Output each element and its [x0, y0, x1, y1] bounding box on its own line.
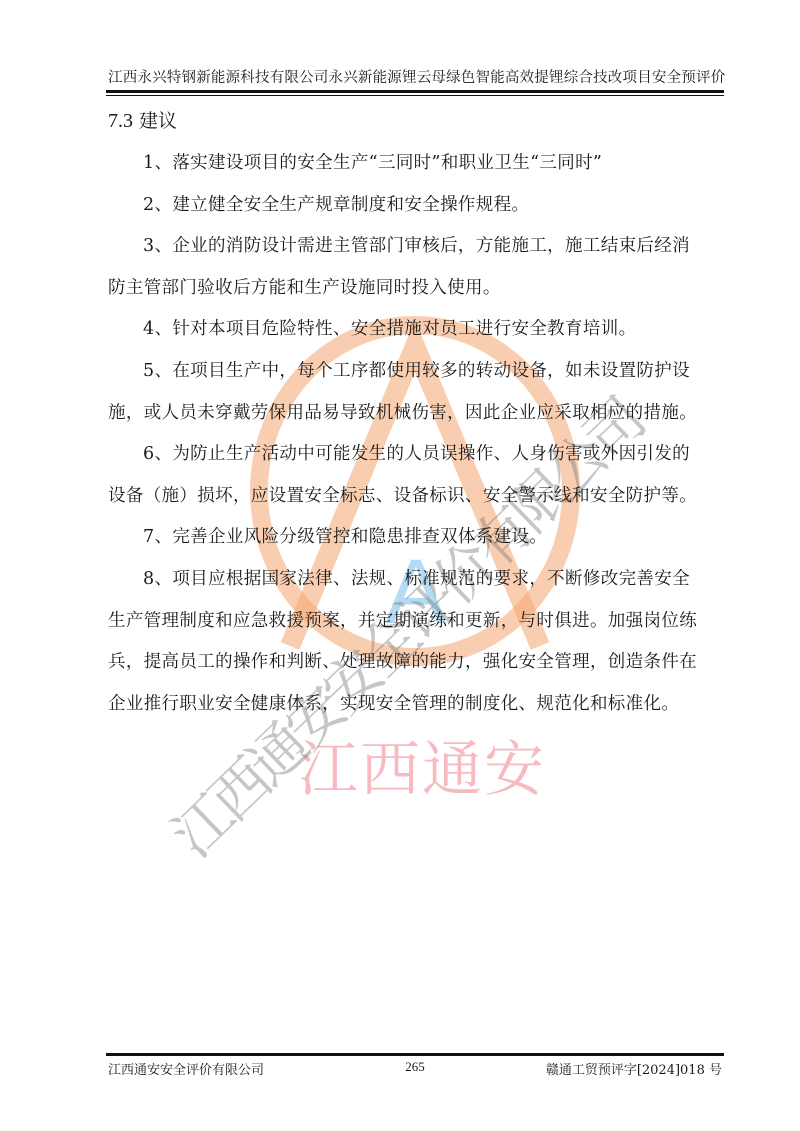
header-rule: [106, 90, 724, 96]
paragraph-line: 防主管部门验收后方能和生产设施同时投入使用。: [108, 268, 728, 310]
paragraph-line: 6、为防止生产活动中可能发生的人员误操作、人身伤害或外因引发的: [108, 434, 728, 476]
paragraph-line: 兵，提高员工的操作和判断、处理故障的能力，强化安全管理，创造条件在: [108, 642, 728, 684]
recommendation-1: 1、落实建设项目的安全生产“三同时”和职业卫生“三同时”: [108, 143, 728, 185]
paragraph-line: 施，或人员未穿戴劳保用品易导致机械伤害，因此企业应采取相应的措施。: [108, 393, 728, 435]
paragraph-line: 生产管理制度和应急救援预案，并定期演练和更新，与时俱进。加强岗位练: [108, 601, 728, 643]
footer-company: 江西通安安全评价有限公司: [108, 1059, 308, 1078]
paragraph-line: 企业推行职业安全健康体系，实现安全管理的制度化、规范化和标准化。: [108, 684, 728, 726]
recommendation-6: 6、为防止生产活动中可能发生的人员误操作、人身伤害或外因引发的 设备（施）损坏，…: [108, 434, 728, 517]
paragraph-line: 2、建立健全安全生产规章制度和安全操作规程。: [108, 185, 728, 227]
recommendation-2: 2、建立健全安全生产规章制度和安全操作规程。: [108, 185, 728, 227]
page-header: 江西永兴特钢新能源科技有限公司永兴新能源锂云母绿色智能高效提锂综合技改项目安全预…: [108, 66, 724, 87]
paragraph-line: 1、落实建设项目的安全生产“三同时”和职业卫生“三同时”: [108, 143, 728, 185]
header-rule-thin: [106, 95, 724, 96]
section-title: 7.3 建议: [108, 106, 177, 133]
document-code: 赣通工贸预评字[2024]018 号: [522, 1059, 722, 1078]
recommendation-8: 8、项目应根据国家法律、法规、标准规范的要求，不断修改完善安全 生产管理制度和应…: [108, 559, 728, 725]
recommendation-4: 4、针对本项目危险特性、安全措施对员工进行安全教育培训。: [108, 309, 728, 351]
recommendation-7: 7、完善企业风险分级管控和隐患排查双体系建设。: [108, 517, 728, 559]
paragraph-line: 7、完善企业风险分级管控和隐患排查双体系建设。: [108, 517, 728, 559]
footer-rule: [106, 1053, 724, 1056]
section-number: 7.3: [108, 110, 133, 132]
page-number: 265: [315, 1059, 515, 1078]
recommendation-3: 3、企业的消防设计需进主管部门审核后，方能施工，施工结束后经消 防主管部门验收后…: [108, 226, 728, 309]
paragraph-line: 5、在项目生产中，每个工序都使用较多的转动设备，如未设置防护设: [108, 351, 728, 393]
paragraph-line: 8、项目应根据国家法律、法规、标准规范的要求，不断修改完善安全: [108, 559, 728, 601]
paragraph-line: 4、针对本项目危险特性、安全措施对员工进行安全教育培训。: [108, 309, 728, 351]
paragraph-line: 3、企业的消防设计需进主管部门审核后，方能施工，施工结束后经消: [108, 226, 728, 268]
paragraph-line: 设备（施）损坏，应设置安全标志、设备标识、安全警示线和安全防护等。: [108, 476, 728, 518]
watermark-stamp-text: 江西通安: [298, 722, 546, 808]
section-heading: 建议: [139, 110, 177, 132]
header-rule-thick: [106, 90, 724, 93]
page-footer: 江西通安安全评价有限公司 265 赣通工贸预评字[2024]018 号: [108, 1059, 722, 1078]
recommendation-5: 5、在项目生产中，每个工序都使用较多的转动设备，如未设置防护设 施，或人员未穿戴…: [108, 351, 728, 434]
